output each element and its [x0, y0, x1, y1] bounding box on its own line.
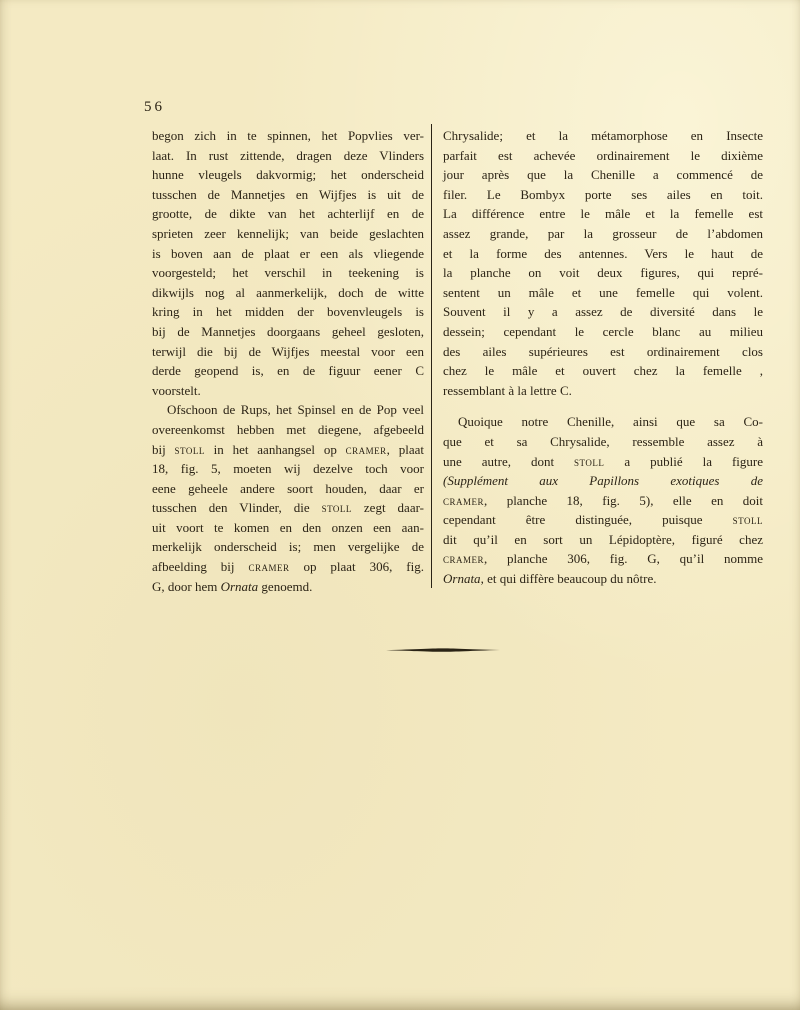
text-segment: une autre, dont	[443, 454, 574, 469]
text-line: assez grande, par la grosseur de l’abdom…	[443, 224, 763, 244]
small-caps-name: stoll	[322, 500, 352, 515]
text-line: dikwijls nog al aanmerkelijk, doch de wi…	[152, 283, 424, 303]
small-caps-name: cramer	[346, 442, 387, 457]
text-segment: , planche 18, fig. 5), elle en doit	[484, 493, 763, 508]
text-segment: tusschen den Vlinder, die	[152, 500, 322, 515]
text-line: bij stoll in het aanhangsel op cramer, p…	[152, 440, 424, 460]
italic-term: Ornata	[443, 571, 481, 586]
column-divider-rule	[431, 124, 432, 588]
text-line: voorstelt.	[152, 381, 424, 401]
text-segment: , et qui diffère beaucoup du nôtre.	[481, 571, 657, 586]
text-line: jour après que la Chenille a commencé de	[443, 165, 763, 185]
text-line: overeenkomst hebben met diegene, afgebee…	[152, 420, 424, 440]
column-dutch-text: begon zich in te spinnen, het Popvlies v…	[152, 126, 424, 596]
small-caps-name: stoll	[175, 442, 205, 457]
text-line: sentent un mâle et une femelle qui volen…	[443, 283, 763, 303]
text-segment: bij	[152, 442, 175, 457]
text-line: La différence entre le mâle et la femell…	[443, 204, 763, 224]
text-segment: zegt daar-	[352, 500, 424, 515]
text-line: ressemblant à la lettre C.	[443, 381, 763, 401]
text-line: 18, fig. 5, moeten wij dezelve toch voor	[152, 459, 424, 479]
text-line: cramer, planche 18, fig. 5), elle en doi…	[443, 491, 763, 511]
small-caps-name: cramer	[248, 559, 289, 574]
page-number: 56	[144, 99, 165, 116]
text-line: bij de Mannetjes doorgaans geheel geslot…	[152, 322, 424, 342]
text-segment: , planche 306, fig. G, qu’il nomme	[484, 551, 763, 566]
text-segment: genoemd.	[258, 579, 312, 594]
text-segment: in het aanhangsel op	[205, 442, 346, 457]
text-line: Chrysalide; et la métamorphose en Insect…	[443, 126, 763, 146]
text-line: is boven aan de plaat er een als vliegen…	[152, 244, 424, 264]
text-segment: G, door hem	[152, 579, 221, 594]
text-line: que et sa Chrysalide, ressemble assez à	[443, 432, 763, 452]
paragraph: begon zich in te spinnen, het Popvlies v…	[152, 126, 424, 400]
text-line: et la forme des antennes. Vers le haut d…	[443, 244, 763, 264]
text-segment: afbeelding bij	[152, 559, 248, 574]
text-line: Ofschoon de Rups, het Spinsel en de Pop …	[152, 400, 424, 420]
text-line: laat. In rust zittende, dragen deze Vlin…	[152, 146, 424, 166]
text-segment: a publié la figure	[604, 454, 763, 469]
small-caps-name: cramer	[443, 493, 484, 508]
text-segment: cependant être distinguée, puisque	[443, 512, 733, 527]
text-line: Quoique notre Chenille, ainsi que sa Co-	[443, 412, 763, 432]
text-line: cependant être distinguée, puisque stoll	[443, 510, 763, 530]
small-caps-name: cramer	[443, 551, 484, 566]
text-line: dit qu’il en sort un Lépidoptère, figuré…	[443, 530, 763, 550]
text-line: G, door hem Ornata genoemd.	[152, 577, 424, 597]
text-line: merkelijk onderscheid is; men vergelijke…	[152, 537, 424, 557]
text-line: voorgesteld; het verschil in teekening i…	[152, 263, 424, 283]
text-line: dessein; cependant le cercle blanc au mi…	[443, 322, 763, 342]
text-line: (Supplément aux Papillons exotiques de	[443, 471, 763, 491]
text-line: Ornata, et qui diffère beaucoup du nôtre…	[443, 569, 763, 589]
italic-term: Ornata	[221, 579, 259, 594]
text-line: derde geopend is, en de figuur eener C	[152, 361, 424, 381]
text-line: uit voort te komen en den onzen een aan-	[152, 518, 424, 538]
text-line: parfait est achevée ordinairement le dix…	[443, 146, 763, 166]
text-line: une autre, dont stoll a publié la figure	[443, 452, 763, 472]
text-line: des ailes supérieures est ordinairement …	[443, 342, 763, 362]
text-line: cramer, planche 306, fig. G, qu’il nomme	[443, 549, 763, 569]
two-column-text-block: begon zich in te spinnen, het Popvlies v…	[152, 126, 763, 596]
text-line: afbeelding bij cramer op plaat 306, fig.	[152, 557, 424, 577]
text-line: eene geheele andere soort houden, daar e…	[152, 479, 424, 499]
text-line: hunne vleugels dakvormig; het onderschei…	[152, 165, 424, 185]
text-line: tusschen den Vlinder, die stoll zegt daa…	[152, 498, 424, 518]
text-line: kring in het midden der bovenvleugels is	[152, 302, 424, 322]
text-line: tusschen de Mannetjes en Wijfjes is uit …	[152, 185, 424, 205]
text-line: begon zich in te spinnen, het Popvlies v…	[152, 126, 424, 146]
text-segment: dit qu’il en sort un Lépidoptère, figuré…	[443, 532, 763, 547]
paragraph: Ofschoon de Rups, het Spinsel en de Pop …	[152, 400, 424, 596]
text-line: filer. Le Bombyx porte ses ailes en toit…	[443, 185, 763, 205]
paragraph: Quoique notre Chenille, ainsi que sa Co-…	[443, 412, 763, 588]
small-caps-name: stoll	[733, 512, 763, 527]
text-segment: op plaat 306, fig.	[290, 559, 425, 574]
text-line: sprieten zeer kennelijk; van beide gesla…	[152, 224, 424, 244]
italic-term: (Supplément aux Papillons exotiques de	[443, 473, 763, 488]
column-french-text: Chrysalide; et la métamorphose en Insect…	[443, 126, 763, 589]
text-line: terwijl die bij de Wijfjes meestal voor …	[152, 342, 424, 362]
text-line: la planche on voit deux figures, qui rep…	[443, 263, 763, 283]
section-end-swelled-rule	[386, 646, 500, 654]
small-caps-name: stoll	[574, 454, 604, 469]
paragraph: Chrysalide; et la métamorphose en Insect…	[443, 126, 763, 400]
text-line: chez le mâle et ouvert chez la femelle ,	[443, 361, 763, 381]
text-line: Souvent il y a assez de diversité dans l…	[443, 302, 763, 322]
text-line: grootte, de dikte van het achterlijf en …	[152, 204, 424, 224]
text-segment: , plaat	[387, 442, 424, 457]
